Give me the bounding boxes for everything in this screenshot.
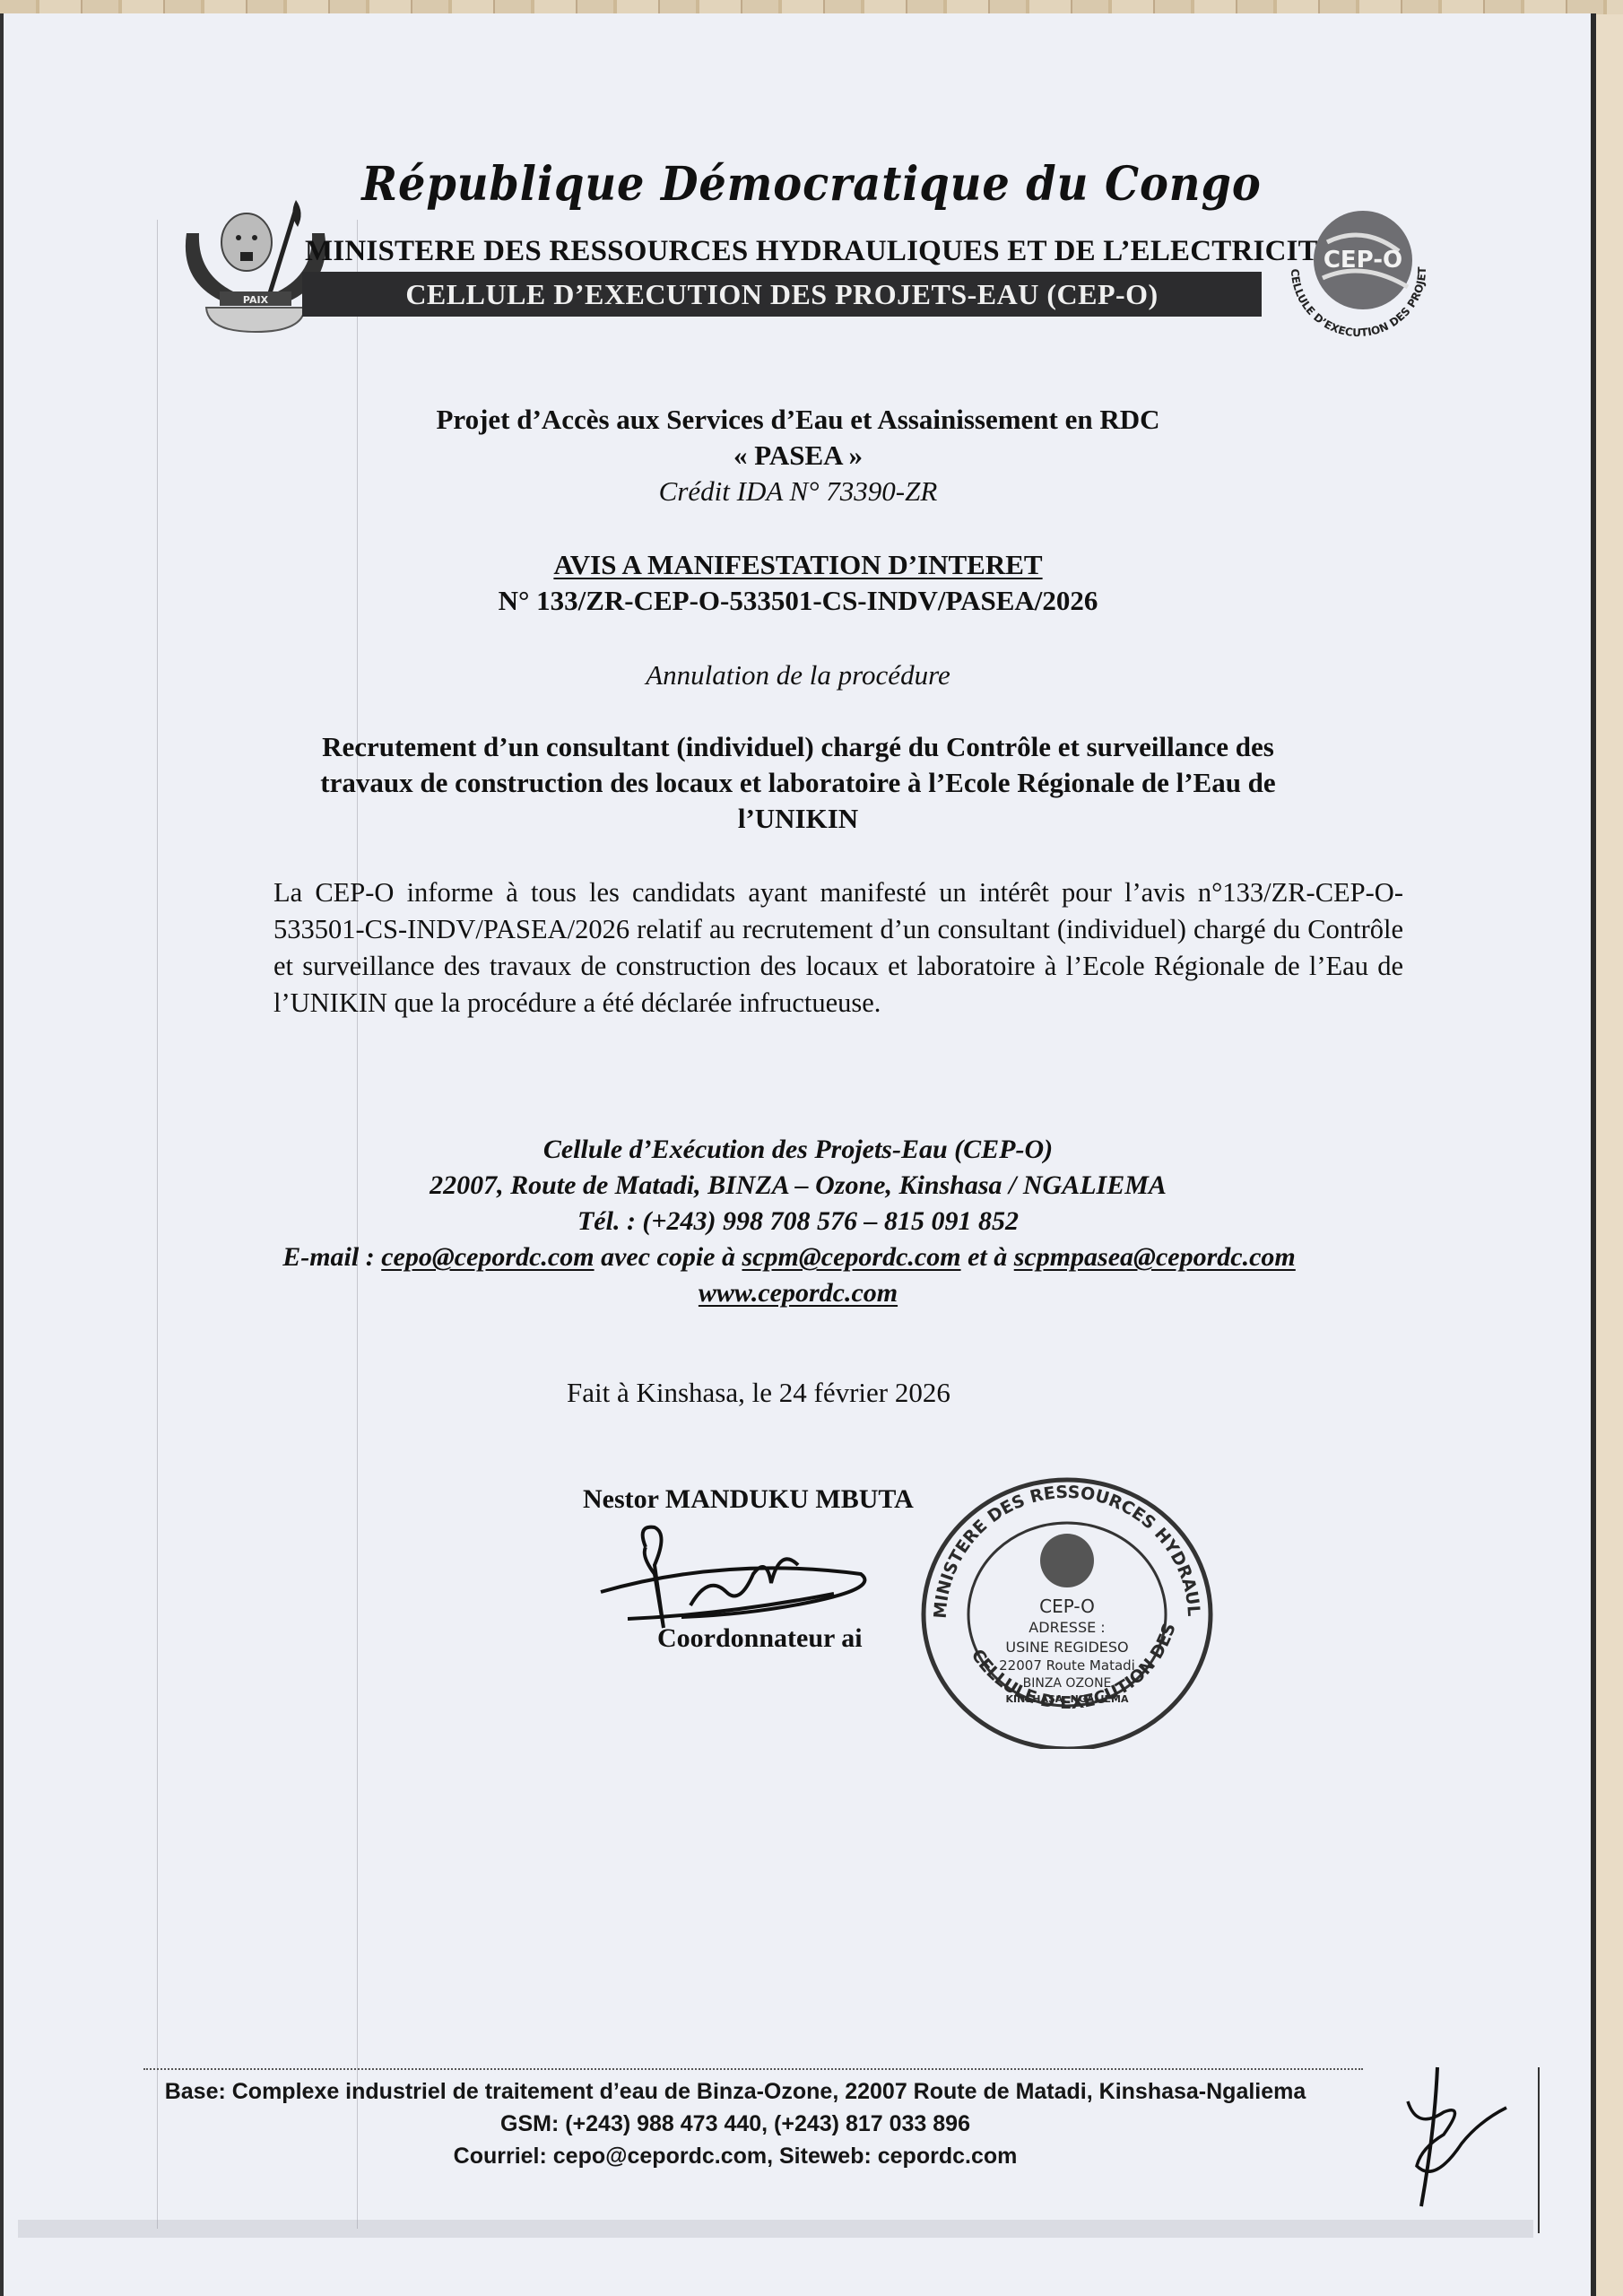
email-main-link[interactable]: cepo@cepordc.com [381, 1242, 594, 1272]
scanner-background-strip [0, 0, 1623, 14]
page-border-line [1538, 2067, 1540, 2233]
svg-text:22007 Route Matadi: 22007 Route Matadi [999, 1657, 1135, 1674]
contact-email-line: E-mail : cepo@cepordc.com avec copie à s… [0, 1242, 1587, 1273]
email-copy-link[interactable]: scpm@cepordc.com [742, 1242, 961, 1272]
notice-reference: N° 133/ZR-CEP-O-533501-CS-INDV/PASEA/202… [0, 585, 1596, 617]
unit-band: CELLULE D’EXECUTION DES PROJETS-EAU (CEP… [302, 272, 1262, 317]
svg-text:ADRESSE :: ADRESSE : [1028, 1619, 1105, 1636]
object-line: l’UNIKIN [0, 803, 1596, 835]
svg-text:CEP-O: CEP-O [1039, 1596, 1095, 1617]
contact-org: Cellule d’Exécution des Projets-Eau (CEP… [0, 1135, 1596, 1165]
footer-divider [143, 2068, 1363, 2070]
place-date: Fait à Kinshasa, le 24 février 2026 [567, 1377, 950, 1409]
footer-gsm: GSM: (+243) 988 473 440, (+243) 817 033 … [0, 2111, 1471, 2137]
svg-text:BINZA OZONE: BINZA OZONE [1023, 1676, 1112, 1691]
website-link[interactable]: www.cepordc.com [699, 1278, 898, 1308]
email-label: E-mail : [282, 1242, 375, 1272]
svg-text:PAIX: PAIX [243, 294, 269, 306]
contact-address: 22007, Route de Matadi, BINZA – Ozone, K… [0, 1170, 1596, 1201]
cep-o-globe-logo-icon: CEP-O CELLULE D’EXECUTION DES PROJETS-EA… [1273, 188, 1444, 350]
initials-paraph-icon [1381, 2058, 1524, 2220]
credit-number: Crédit IDA N° 73390-ZR [0, 475, 1596, 508]
scan-shadow [18, 2220, 1533, 2238]
footer-base-address: Base: Complexe industriel de traitement … [0, 2079, 1471, 2105]
signer-role: Coordonnateur ai [657, 1623, 863, 1654]
svg-text:CEP-O: CEP-O [1324, 247, 1402, 274]
footer-courriel: Courriel: cepo@cepordc.com, Siteweb: cep… [0, 2144, 1471, 2170]
official-stamp-icon: MINISTERE DES RESSOURCES HYDRAULIQUES ET… [906, 1462, 1228, 1749]
contact-phone: Tél. : (+243) 998 708 576 – 815 091 852 [0, 1206, 1596, 1237]
project-title: Projet d’Accès aux Services d’Eau et Ass… [0, 404, 1596, 436]
ministry-title: MINISTERE DES RESSOURCES HYDRAULIQUES ET… [305, 235, 1264, 268]
notice-body: La CEP-O informe à tous les candidats ay… [273, 874, 1403, 1022]
svg-text:USINE REGIDESO: USINE REGIDESO [1005, 1639, 1128, 1656]
notice-subtitle: Annulation de la procédure [0, 659, 1596, 691]
project-acronym: « PASEA » [0, 439, 1596, 472]
notice-title: AVIS A MANIFESTATION D’INTERET [0, 549, 1596, 581]
contact-website-line: www.cepordc.com [0, 1278, 1596, 1309]
object-line: Recrutement d’un consultant (individuel)… [0, 731, 1596, 763]
signer-name: Nestor MANDUKU MBUTA [583, 1484, 914, 1515]
copy-text: avec copie à [601, 1242, 735, 1272]
email-copy-link[interactable]: scpmpasea@cepordc.com [1014, 1242, 1296, 1272]
svg-text:KINSHASA, NGALIEMA: KINSHASA, NGALIEMA [1006, 1693, 1129, 1705]
object-line: travaux de construction des locaux et la… [0, 767, 1596, 799]
and-text: et à [968, 1242, 1007, 1272]
